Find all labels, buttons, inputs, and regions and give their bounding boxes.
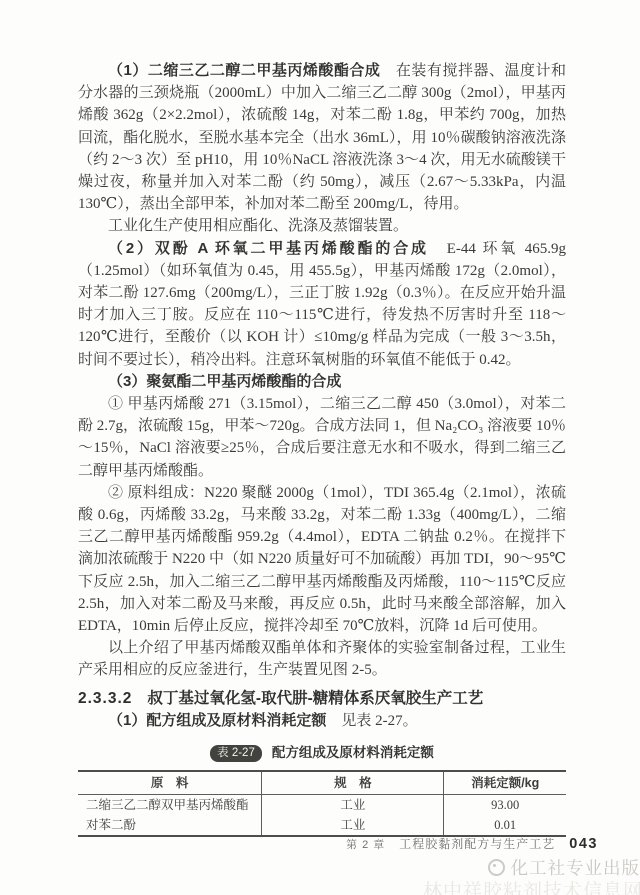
paragraph-lead: （1）配方组成及原材料消耗定额 — [108, 712, 326, 729]
table-cell: 二缩三乙二醇双甲基丙烯酸酯 — [78, 794, 262, 815]
paragraph-lead: （2）双酚 A 环氧二甲基丙烯酸酯的合成 — [108, 240, 429, 257]
table-cell: 0.01 — [444, 815, 566, 836]
table-row: 对苯二酚工业0.01 — [78, 815, 566, 836]
table-cell: 工业 — [262, 815, 444, 836]
paragraph: （3）聚氨酯二甲基丙烯酸酯的合成 — [78, 371, 566, 393]
paragraph-lead: （1）二缩三乙二醇二甲基丙烯酸酯合成 — [108, 62, 380, 79]
publisher-logo-icon — [488, 859, 505, 876]
table-number-badge: 表 2-27 — [210, 745, 262, 762]
body-text: （1）二缩三乙二醇二甲基丙烯酸酯合成 在装有搅拌器、温度计和分水器的三颈烧瓶（2… — [78, 60, 566, 682]
table-caption-text: 配方组成及原材料消耗定额 — [272, 745, 434, 760]
table-header-cell: 原 料 — [78, 771, 262, 795]
section-title: 叔丁基过氧化氢-取代肼-糖精体系厌氧胶生产工艺 — [147, 690, 483, 707]
paragraph: （1）配方组成及原材料消耗定额 见表 2-27。 — [78, 710, 566, 732]
section-number: 2.3.3.2 — [78, 690, 132, 707]
table-cell: 93.00 — [444, 794, 566, 815]
table-header-row: 原 料规 格消耗定额/kg — [78, 771, 566, 795]
consumption-table: 原 料规 格消耗定额/kg 二缩三乙二醇双甲基丙烯酸酯工业93.00对苯二酚工业… — [78, 770, 566, 837]
paragraph: ① 甲基丙烯酸 271（3.15mol），二缩三乙二醇 450（3.0mol），… — [78, 393, 566, 482]
table-row: 二缩三乙二醇双甲基丙烯酸酯工业93.00 — [78, 794, 566, 815]
footer-book-title: 工程胶黏剂配方与生产工艺 — [399, 835, 555, 852]
table-caption: 表 2-27配方组成及原材料消耗定额 — [78, 741, 566, 762]
table-header-cell: 消耗定额/kg — [444, 771, 566, 795]
table-header-cell: 规 格 — [262, 771, 444, 795]
paragraph: （1）二缩三乙二醇二甲基丙烯酸酯合成 在装有搅拌器、温度计和分水器的三颈烧瓶（2… — [78, 60, 566, 215]
paragraph: 以上介绍了甲基丙烯酸双酯单体和齐聚体的实验室制备过程，工业生产采用相应的反应釜进… — [78, 637, 566, 681]
subsection-text: （1）配方组成及原材料消耗定额 见表 2-27。 — [78, 710, 566, 732]
table-body: 二缩三乙二醇双甲基丙烯酸酯工业93.00对苯二酚工业0.01 — [78, 794, 566, 836]
section-heading: 2.3.3.2叔丁基过氧化氢-取代肼-糖精体系厌氧胶生产工艺 — [78, 687, 566, 710]
footer-chapter: 第 2 章 — [346, 836, 385, 852]
table-cell: 对苯二酚 — [78, 815, 262, 836]
paragraph: （2）双酚 A 环氧二甲基丙烯酸酯的合成 E-44 环氧 465.9g（1.25… — [78, 238, 566, 371]
paragraph: 工业化生产使用相应酯化、洗涤及蒸馏装置。 — [78, 215, 566, 237]
site-watermark: 林中祥胶粘剂技术信息网 — [423, 876, 640, 895]
paragraph: ② 原料组成：N220 聚醚 2000g（1mol），TDI 365.4g（2.… — [78, 482, 566, 637]
table-cell: 工业 — [262, 794, 444, 815]
page-number: 043 — [569, 836, 598, 852]
book-page: （1）二缩三乙二醇二甲基丙烯酸酯合成 在装有搅拌器、温度计和分水器的三颈烧瓶（2… — [0, 0, 640, 895]
page-footer: 第 2 章 工程胶黏剂配方与生产工艺 043 — [346, 835, 598, 852]
page-content: （1）二缩三乙二醇二甲基丙烯酸酯合成 在装有搅拌器、温度计和分水器的三颈烧瓶（2… — [78, 60, 566, 837]
paragraph-lead: （3）聚氨酯二甲基丙烯酸酯的合成 — [108, 373, 341, 390]
